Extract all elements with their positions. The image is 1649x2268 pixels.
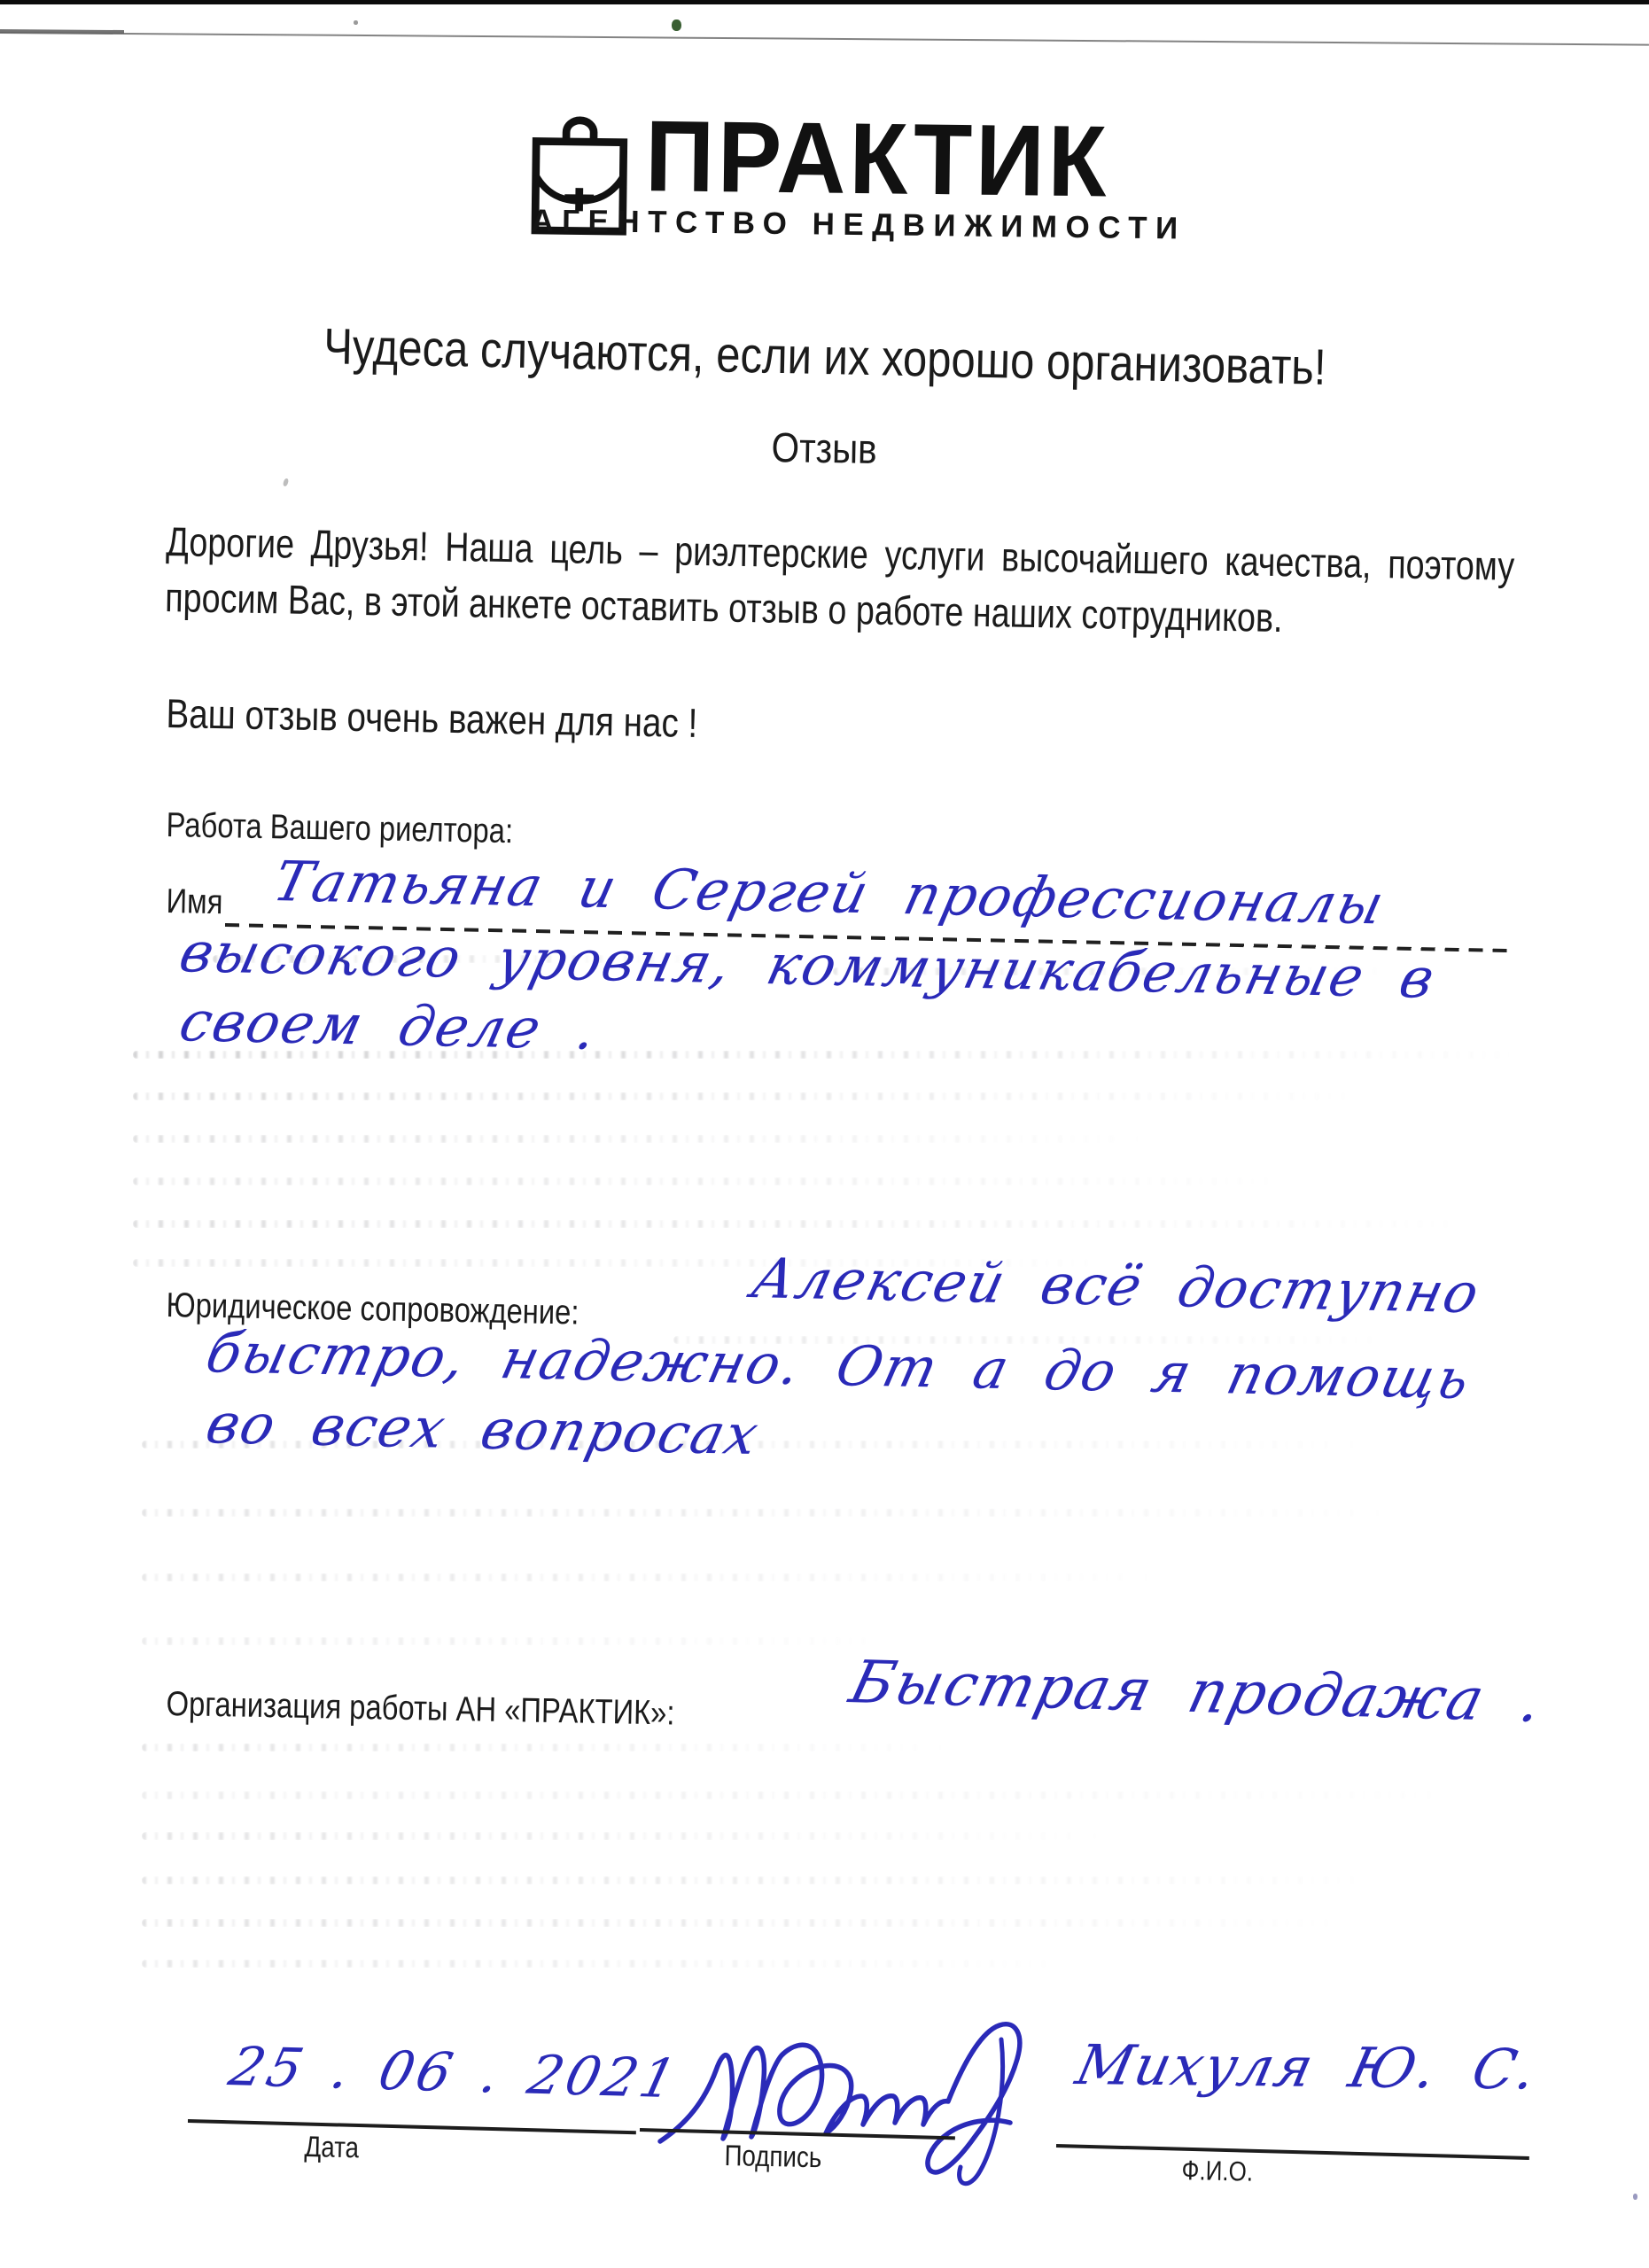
handwriting-legal-line1: Алексей всё доступно (746, 1246, 1487, 1325)
scan-ghost-line (142, 1744, 957, 1751)
scan-ghost-line (133, 1220, 1480, 1228)
handwriting-legal-line3: во всех вопросах (200, 1391, 766, 1467)
scan-ghost-line (142, 1876, 1400, 1884)
section-realtor-label-text: Работа Вашего риелтора: (166, 806, 513, 851)
scan-ghost-line (142, 1637, 904, 1645)
scan-ghost-line (213, 955, 709, 963)
scan-ghost-line (142, 1960, 1081, 1968)
intro-note: Ваш отзыв очень важен для нас ! (166, 689, 799, 749)
date-label-text: Дата (304, 2130, 359, 2164)
brand-name: ПРАКТИК (645, 109, 1111, 210)
page-title-text: Отзыв (772, 423, 878, 473)
scan-ghost-line (133, 1135, 1152, 1143)
scan-ghost-line (142, 1573, 1170, 1581)
scan-speck-small (283, 478, 290, 486)
section-organisation-label: Организация работы АН «ПРАКТИК»: (166, 1685, 772, 1736)
scan-edge-bar (0, 0, 1649, 4)
scan-ghost-line (142, 1441, 1382, 1449)
page-title: Отзыв (0, 409, 1649, 486)
date-handwriting: 25 . 06 . 2021 (223, 2036, 685, 2110)
name-field-label: Имя (166, 882, 234, 922)
headline: Чудеса случаются, если их хорошо организ… (0, 311, 1649, 404)
fullname-label: Ф.И.О. (1181, 2155, 1267, 2188)
section-organisation-label-text: Организация работы АН «ПРАКТИК»: (166, 1685, 675, 1734)
handwriting-realtor-line1: Татьяна и Сергей профессионалы (268, 849, 1391, 936)
scan-ghost-line (833, 967, 1400, 975)
scan-speck-bottom (1633, 2194, 1637, 2200)
scan-ghost-line (142, 1832, 1116, 1840)
intro-note-text: Ваш отзыв очень важен для нас ! (166, 689, 698, 747)
scan-speck-gray (354, 20, 358, 25)
scan-speck-green (672, 19, 681, 31)
section-realtor-label: Работа Вашего риелтора: (166, 806, 579, 853)
name-field-label-text: Имя (166, 882, 223, 922)
date-label: Дата (304, 2130, 369, 2165)
scan-ghost-line (142, 1919, 1356, 1927)
scan-ghost-line (142, 1509, 1409, 1517)
fullname-handwriting: Михуля Ю. С. (1070, 2032, 1544, 2101)
scan-ghost-line (673, 1336, 1400, 1344)
scan-ghost-line (133, 1051, 1533, 1059)
agency-logo: ПРАКТИК АГЕНТСТВО НЕДВИЖИМОСТИ (527, 107, 1185, 248)
scan-streak-line (0, 32, 1649, 46)
handwriting-organisation-line1: Быстрая продажа . (844, 1648, 1551, 1736)
scan-ghost-line (133, 1092, 1373, 1100)
fullname-label-text: Ф.И.О. (1181, 2155, 1253, 2188)
intro-paragraph: Дорогие Друзья! Наша цель – риэлтерские … (165, 514, 1515, 650)
headline-text: Чудеса случаются, если их хорошо организ… (323, 317, 1326, 397)
signature-scribble (638, 2004, 1054, 2203)
date-rule (188, 2119, 636, 2134)
scanned-feedback-form: ПРАКТИК АГЕНТСТВО НЕДВИЖИМОСТИ Чудеса сл… (0, 0, 1649, 2268)
scan-ghost-line (142, 1791, 1489, 1799)
fullname-rule (1056, 2144, 1529, 2160)
signature-label: Подпись (724, 2139, 840, 2175)
scan-ghost-line (133, 1177, 1303, 1185)
signature-label-text: Подпись (724, 2139, 821, 2174)
